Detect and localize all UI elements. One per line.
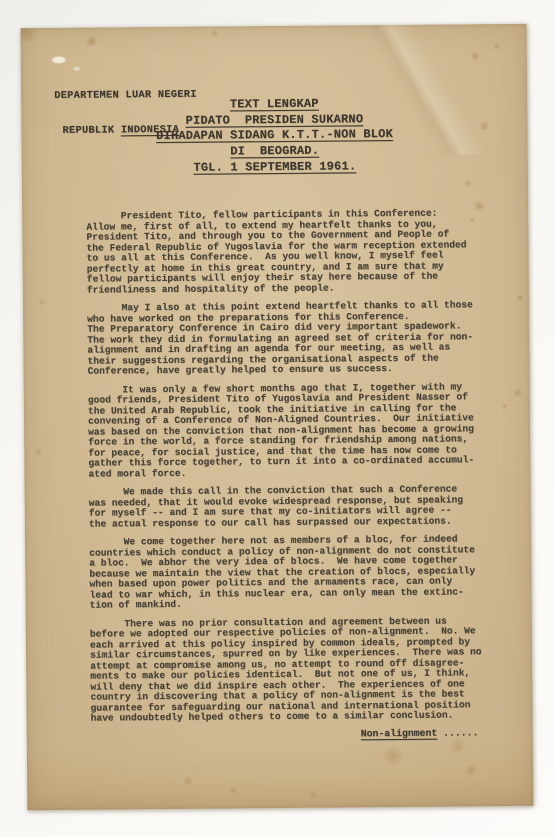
paragraph-6: There was no prior consultation and agre… <box>90 615 511 724</box>
paragraph-2: May I also at this point extend heartfel… <box>87 300 508 377</box>
catchword-word: Non-alignment <box>361 728 438 740</box>
title-line-3: DIHADAPAN SIDANG K.T.T.-NON BLOK <box>22 128 528 143</box>
catchword: Non-alignment ...... <box>361 727 479 739</box>
scanner-background: DEPARTEMEN LUAR NEGERI REPUBLIK INDONESI… <box>0 0 555 837</box>
document-title-block: TEXT LENGKAP PIDATO PRESIDEN SUKARNO DIH… <box>21 97 528 180</box>
paragraph-4: We made this call in the conviction that… <box>89 484 509 530</box>
title-line-5: TGL. 1 SEPTEMBER 1961. <box>22 160 528 175</box>
catchword-dots: ...... <box>437 727 478 738</box>
title-line-2: PIDATO PRESIDEN SUKARNO <box>21 112 527 127</box>
paragraph-1: President Tito, fellow participants in t… <box>86 208 507 296</box>
paragraph-5: We come together here not as members of … <box>89 534 510 611</box>
pencil-dots-mark: . . . . . <box>122 763 201 773</box>
paragraph-3: It was only a few short months ago that … <box>88 381 509 479</box>
title-line-4: DI BEOGRAD. <box>22 144 528 159</box>
document-body: President Tito, fellow participants in t… <box>86 208 511 732</box>
document-paper: DEPARTEMEN LUAR NEGERI REPUBLIK INDONESI… <box>21 24 534 810</box>
